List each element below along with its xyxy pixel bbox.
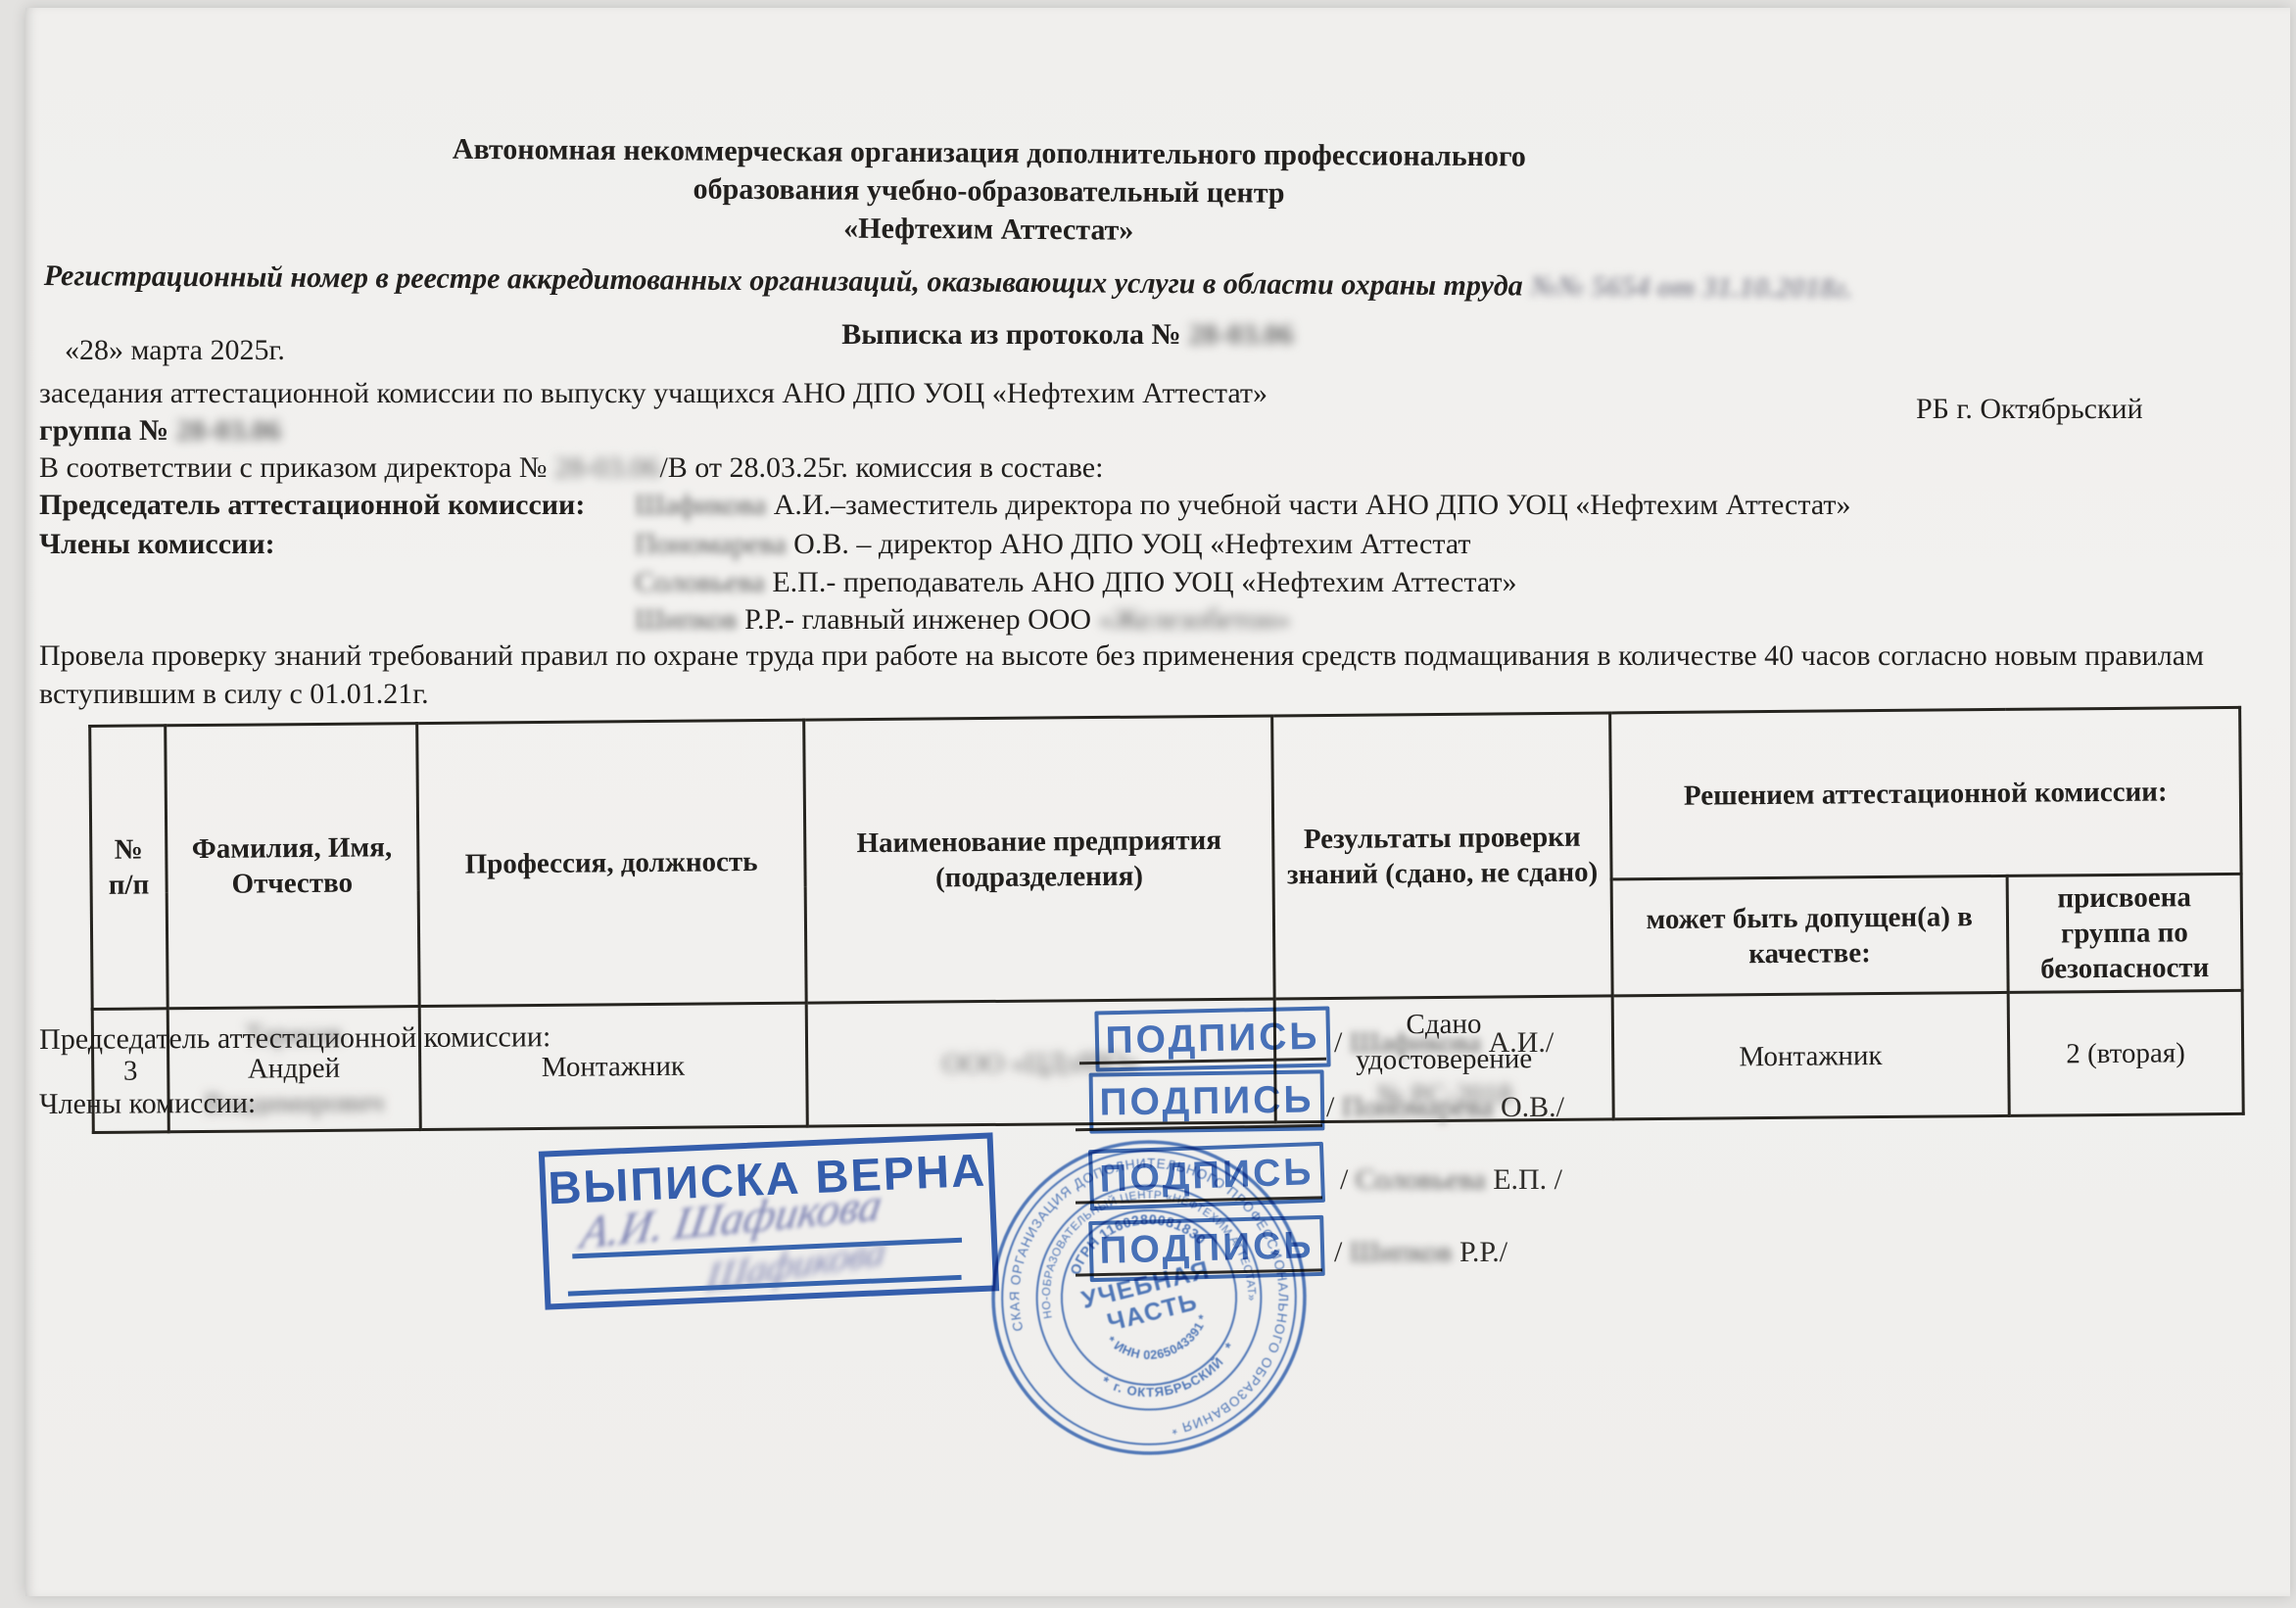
registration-number-redacted: №№ 5654 от 31.10.2018г. xyxy=(1530,267,1852,307)
col-header-num: № п/п xyxy=(90,726,167,1010)
member3-company-redacted: «Железобетон» xyxy=(1099,600,1291,638)
signature1-initials: А.И./ xyxy=(1489,1026,1555,1059)
org-header: Автономная некоммерческая организация до… xyxy=(58,127,1920,255)
slash: / xyxy=(1326,1091,1334,1123)
col-header-fio: Фамилия, Имя, Отчество xyxy=(165,724,418,1009)
body-paragraph: Провела проверку знаний требований прави… xyxy=(39,637,2265,713)
bottom-chairman-label: Председатель аттестационной комиссии: xyxy=(39,1017,550,1059)
member2-surname-redacted: Соловьева xyxy=(635,563,765,601)
cell-safety-group: 2 (вторая) xyxy=(2008,990,2243,1115)
signature2-surname-redacted: Пономарева xyxy=(1342,1091,1494,1124)
slash: / xyxy=(1334,1026,1342,1059)
signature2-initials: О.В./ xyxy=(1501,1091,1564,1123)
cell-allowed-as: Монтажник xyxy=(1612,992,2009,1119)
member-line-3: Шипков Р.Р.- главный инженер ООО «Железо… xyxy=(635,600,2251,638)
protocol-title: Выписка из протокола № xyxy=(841,318,1180,351)
signature-name-4: / Шипков Р.Р./ xyxy=(1334,1236,1507,1269)
registration-text: Регистрационный номер в реестре аккредит… xyxy=(44,260,1523,303)
member2-rest: Е.П.- преподаватель АНО ДПО УОЦ «Нефтехи… xyxy=(772,566,1516,598)
podpis-stamp-1: ПОДПИСЬ xyxy=(1094,1006,1330,1071)
scanned-document-page: Автономная некоммерческая организация до… xyxy=(0,0,2296,1608)
col-header-profession: Профессия, должность xyxy=(416,720,806,1006)
slash: / xyxy=(1340,1163,1348,1196)
order-line: В соответствии с приказом директора № 28… xyxy=(39,449,2096,487)
signature3-surname-redacted: Соловьева xyxy=(1356,1163,1486,1197)
chairman-line: Шафикова А.И.–заместитель директора по у… xyxy=(635,486,2251,524)
signature4-initials: Р.Р./ xyxy=(1459,1236,1507,1268)
group-number-redacted: 28-03.06 xyxy=(176,411,282,449)
chairman-surname-redacted: Шафикова xyxy=(635,486,766,524)
chairman-rest: А.И.–заместитель директора по учебной ча… xyxy=(774,489,1851,521)
protocol-title-line: Выписка из протокола № 28-03.06 xyxy=(59,315,2077,354)
date-line: «28» марта 2025г. xyxy=(65,331,285,369)
signature-name-1: / Шафикова А.И./ xyxy=(1334,1026,1554,1060)
member1-surname-redacted: Пономарева xyxy=(635,525,787,563)
signature1-surname-redacted: Шафикова xyxy=(1350,1026,1481,1060)
member3-surname-redacted: Шипков xyxy=(635,600,738,638)
slash: / xyxy=(1334,1236,1342,1268)
col-header-decision: Решением аттестационной комиссии: xyxy=(1609,707,2241,879)
member-line-1: Пономарева О.В. – директор АНО ДПО УОЦ «… xyxy=(635,525,2251,563)
col-header-allowed-as: может быть допущен(а) в качестве: xyxy=(1611,875,2008,996)
member3-rest: Р.Р.- главный инженер ООО xyxy=(744,603,1091,636)
col-header-company: Наименование предприятия (подразделения) xyxy=(803,716,1274,1003)
order-suffix: от 28.03.25г. комиссия в составе: xyxy=(694,451,1103,484)
vypiska-verna-stamp: ВЫПИСКА ВЕРНА А.И. Шафикова Шафикова xyxy=(539,1132,999,1309)
session-line: заседания аттестационной комиссии по вып… xyxy=(39,374,1998,412)
group-line: группа № 28-03.06 xyxy=(39,411,281,449)
members-label: Члены комиссии: xyxy=(39,525,275,563)
signature4-surname-redacted: Шипков xyxy=(1350,1236,1453,1269)
group-label: группа № xyxy=(39,414,168,447)
col-header-result: Результаты проверки знаний (сдано, не сд… xyxy=(1272,713,1612,999)
member-line-2: Соловьева Е.П.- преподаватель АНО ДПО УО… xyxy=(635,563,2251,601)
col-header-safety-group: присвоена группа по безопасности xyxy=(2007,874,2242,992)
order-prefix: В соответствии с приказом директора № xyxy=(39,451,547,484)
signature3-initials: Е.П. / xyxy=(1493,1163,1562,1196)
protocol-number-redacted: 28-03.06 xyxy=(1188,315,1294,354)
order-vb: /В xyxy=(659,451,687,484)
signature-name-3: / Соловьева Е.П. / xyxy=(1340,1163,1562,1197)
member1-rest: О.В. – директор АНО ДПО УОЦ «Нефтехим Ат… xyxy=(793,528,1470,560)
signature-name-2: / Пономарева О.В./ xyxy=(1326,1091,1564,1124)
bottom-members-label: Члены комиссии: xyxy=(39,1084,256,1123)
order-number-redacted: 28-03.06 xyxy=(554,449,660,487)
chairman-label: Председатель аттестационной комиссии: xyxy=(39,486,585,524)
